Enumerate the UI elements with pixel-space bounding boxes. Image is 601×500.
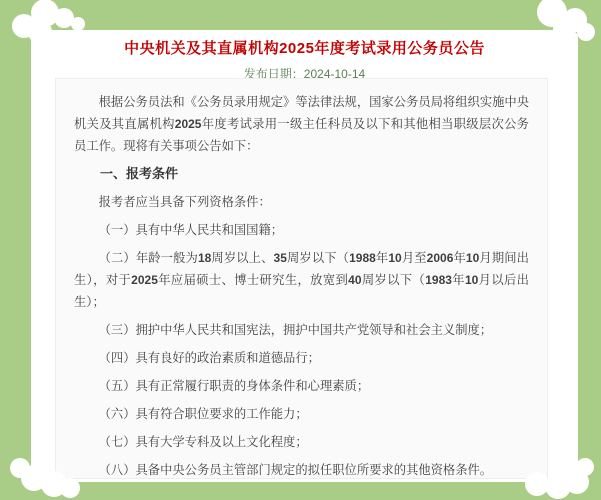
body-paragraph: （一）具有中华人民共和国国籍； [74,219,529,241]
cloud-circle [60,478,80,498]
body-paragraph: （五）具有正常履行职责的身体条件和心理素质； [74,375,529,397]
cloud-circle [577,23,595,41]
cloud-circle [71,17,85,31]
page-title: 中央机关及其直属机构2025年度考试录用公务员公告 [41,30,568,58]
cloud-circle [576,458,594,476]
article-body: 根据公务员法和《公务员录用规定》等法律法规，国家公务员局将组织实施中央机关及其直… [55,78,548,479]
body-paragraph: 根据公务员法和《公务员录用规定》等法律法规，国家公务员局将组织实施中央机关及其直… [74,91,529,157]
body-paragraph: （四）具有良好的政治素质和道德品行； [74,347,529,369]
body-paragraph: （六）具有符合职位要求的工作能力； [74,403,529,425]
page-background: 中央机关及其直属机构2025年度考试录用公务员公告 发布日期：2024-10-1… [0,0,601,500]
cloud-circle [553,19,571,37]
body-paragraph: （八）具备中央公务员主管部门规定的拟任职位所要求的其他资格条件。 [74,459,529,479]
body-paragraph: 报考者应当具备下列资格条件： [74,191,529,213]
body-paragraph: （三）拥护中华人民共和国宪法，拥护中国共产党领导和社会主义制度； [74,319,529,341]
section-heading: 一、报考条件 [74,163,529,185]
body-paragraph: （二）年龄一般为18周岁以上、35周岁以下（1988年10月至2006年10月期… [74,247,529,313]
body-paragraph: （七）具有大学专科及以上文化程度； [74,431,529,453]
announcement-card: 中央机关及其直属机构2025年度考试录用公务员公告 发布日期：2024-10-1… [31,30,578,482]
cloud-circle [28,20,52,44]
